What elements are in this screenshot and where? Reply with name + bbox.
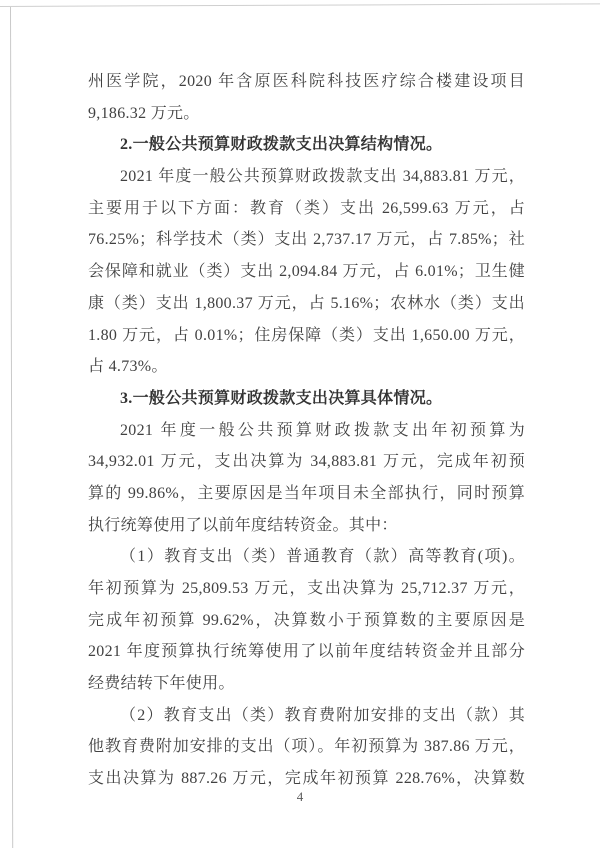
text-line: （1）教育支出（类）普通教育（款）高等教育(项)。 [88, 541, 525, 573]
text-line: 2021 年度一般公共预算财政拨款支出年初预算为 [88, 415, 525, 447]
text-line: 34,932.01 万元，支出决算为 34,883.81 万元，完成年初预 [88, 446, 525, 478]
text-line: 执行统筹使用了以前年度结转资金。其中： [88, 510, 525, 542]
text-line: 算的 99.86%，主要原因是当年项目未全部执行，同时预算 [88, 478, 525, 510]
scanned-document-page: 州医学院，2020 年含原医科院科技医疗综合楼建设项目9,186.32 万元。2… [0, 0, 600, 848]
text-line: 年初预算为 25,809.53 万元，支出决算为 25,712.37 万元， [88, 573, 525, 605]
document-body: 州医学院，2020 年含原医科院科技医疗综合楼建设项目9,186.32 万元。2… [88, 66, 525, 795]
text-line: 会保障和就业（类）支出 2,094.84 万元，占 6.01%；卫生健 [88, 256, 525, 288]
text-line: 占 4.73%。 [88, 351, 525, 383]
section-heading: 2.一般公共预算财政拨款支出决算结构情况。 [88, 129, 525, 161]
text-line: 76.25%；科学技术（类）支出 2,737.17 万元，占 7.85%；社 [88, 224, 525, 256]
text-line: 州医学院，2020 年含原医科院科技医疗综合楼建设项目 [88, 66, 525, 98]
scan-edge-left [10, 7, 13, 848]
section-heading: 3.一般公共预算财政拨款支出决算具体情况。 [88, 383, 525, 415]
text-line: 主要用于以下方面：教育（类）支出 26,599.63 万元，占 [88, 193, 525, 225]
text-line: 康（类）支出 1,800.37 万元，占 5.16%；农林水（类）支出 [88, 288, 525, 320]
text-line: 完成年初预算 99.62%，决算数小于预算数的主要原因是 [88, 605, 525, 637]
text-line: 他教育费附加安排的支出（项）。年初预算为 387.86 万元， [88, 731, 525, 763]
text-line: 2021 年度预算执行统筹使用了以前年度结转资金并且部分 [88, 636, 525, 668]
text-line: 1.80 万元，占 0.01%；住房保障（类）支出 1,650.00 万元， [88, 320, 525, 352]
text-line: （2）教育支出（类）教育费附加安排的支出（款）其 [88, 700, 525, 732]
page-number: 4 [0, 789, 600, 805]
text-line: 经费结转下年使用。 [88, 668, 525, 700]
scan-edge-top [0, 3, 600, 7]
text-line: 9,186.32 万元。 [88, 98, 525, 130]
text-line: 2021 年度一般公共预算财政拨款支出 34,883.81 万元， [88, 161, 525, 193]
